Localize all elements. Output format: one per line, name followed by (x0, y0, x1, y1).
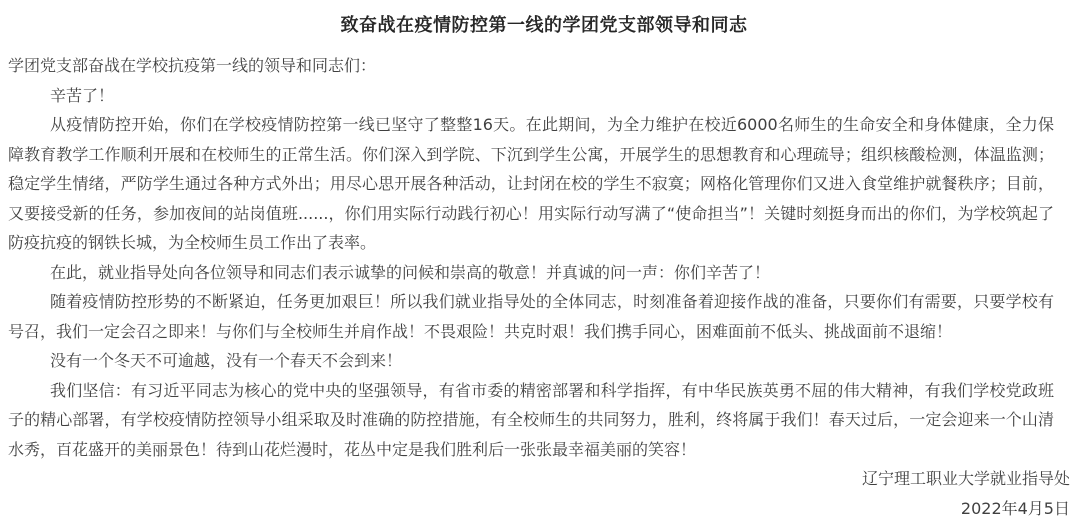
paragraph-respect: 在此，就业指导处向各位领导和同志们表示诚挚的问候和崇高的敬意！并真诚的问一声：你… (8, 258, 1054, 288)
document-body: 学团党支部奋战在学校抗疫第一线的领导和同志们： 辛苦了！ 从疫情防控开始，你们在… (0, 51, 1088, 464)
paragraph-greeting: 辛苦了！ (8, 81, 1054, 111)
letter-document: 致奋战在疫情防控第一线的学团党支部领导和同志 学团党支部奋战在学校抗疫第一线的领… (0, 0, 1088, 530)
salutation-line: 学团党支部奋战在学校抗疫第一线的领导和同志们： (8, 51, 1054, 81)
signature-block: 辽宁理工职业大学就业指导处 2022年4月5日 (0, 464, 1088, 523)
paragraph-conviction: 我们坚信：有习近平同志为核心的党中央的坚强领导，有省市委的精密部署和科学指挥，有… (8, 376, 1054, 465)
paragraph-winter-spring: 没有一个冬天不可逾越，没有一个春天不会到来！ (8, 346, 1054, 376)
paragraph-readiness: 随着疫情防控形势的不断紧迫，任务更加艰巨！所以我们就业指导处的全体同志，时刻准备… (8, 287, 1054, 346)
document-title: 致奋战在疫情防控第一线的学团党支部领导和同志 (0, 13, 1088, 39)
date-line: 2022年4月5日 (0, 494, 1070, 524)
signature-line: 辽宁理工职业大学就业指导处 (0, 464, 1070, 494)
paragraph-frontline-work: 从疫情防控开始，你们在学校疫情防控第一线已坚守了整整16天。在此期间，为全力维护… (8, 110, 1054, 258)
